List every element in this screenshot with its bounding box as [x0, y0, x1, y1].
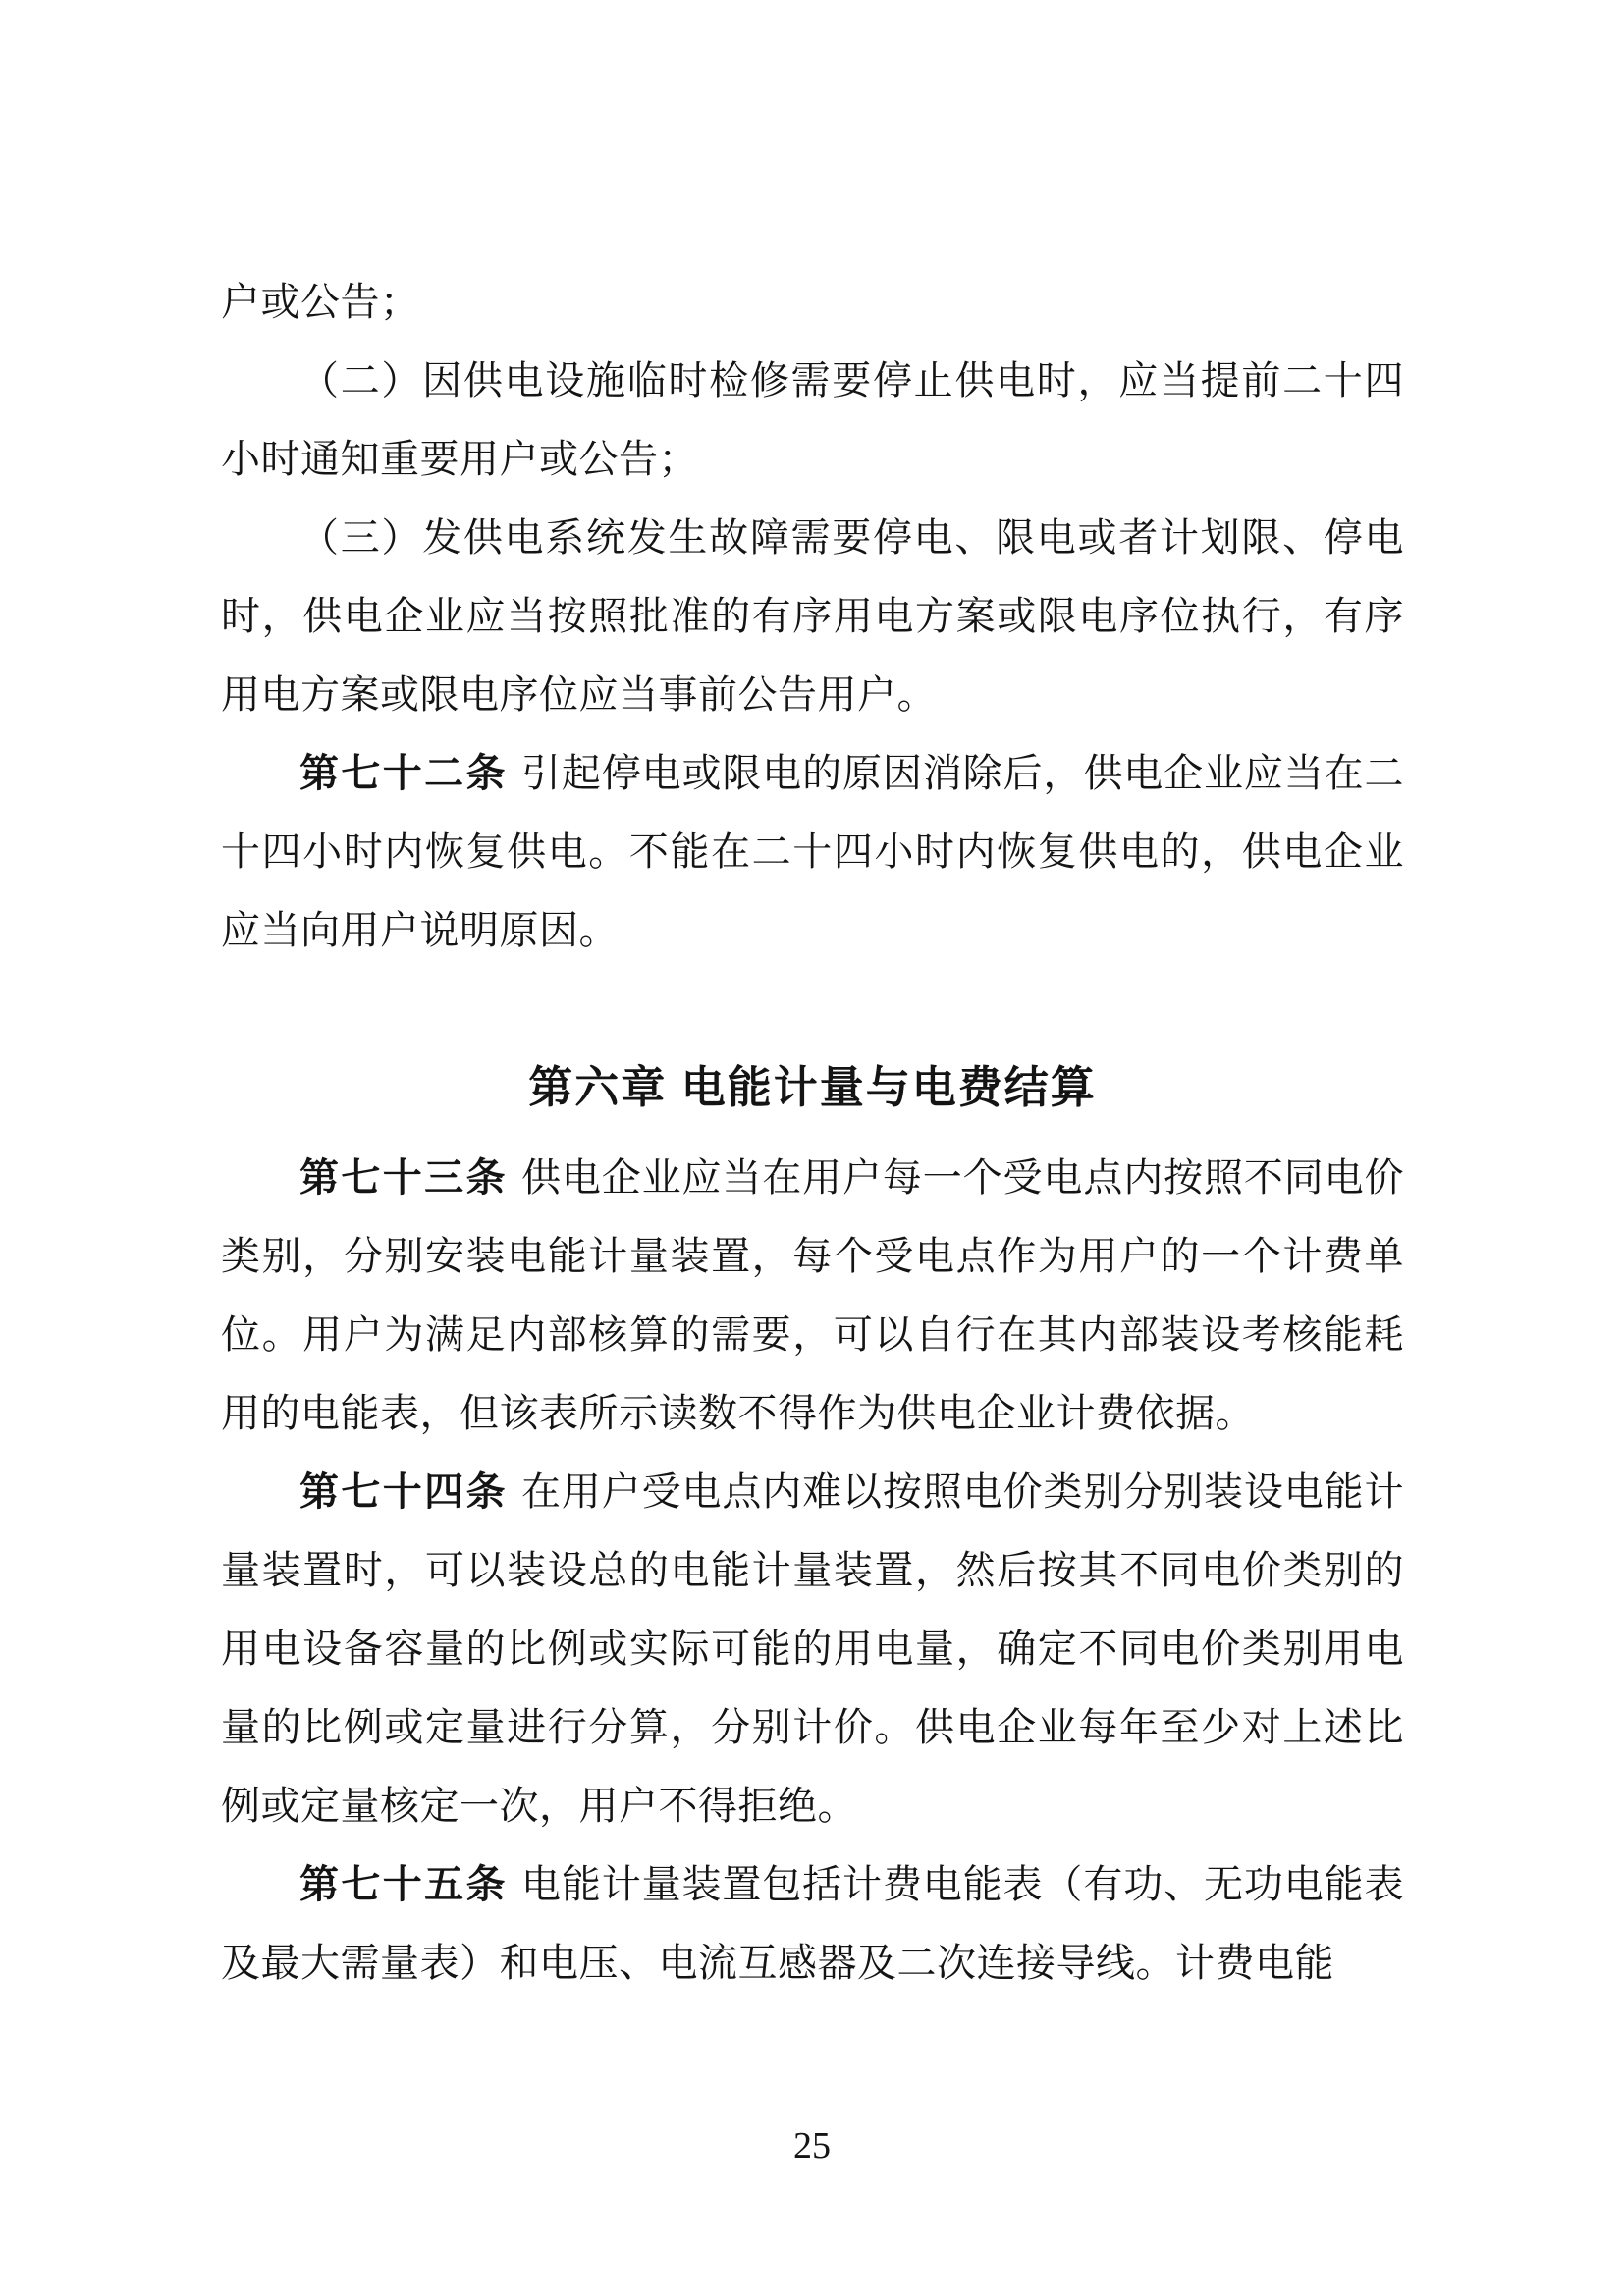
paragraph: 户或公告； [221, 263, 1404, 342]
paragraph: （三）发供电系统发生故障需要停电、限电或者计划限、停电时，供电企业应当按照批准的… [221, 499, 1404, 734]
paragraph: 第七十四条在用户受电点内难以按照电价类别分别装设电能计量装置时，可以装设总的电能… [221, 1453, 1404, 1845]
article-number: 第七十四条 [299, 1470, 508, 1514]
article-number: 第七十五条 [299, 1863, 508, 1906]
page-number: 25 [0, 2122, 1624, 2169]
document-page: 户或公告；（二）因供电设施临时检修需要停止供电时，应当提前二十四小时通知重要用户… [0, 0, 1624, 2296]
paragraph-text: （三）发供电系统发生故障需要停电、限电或者计划限、停电时，供电企业应当按照批准的… [221, 515, 1404, 717]
paragraph: 第七十五条电能计量装置包括计费电能表（有功、无功电能表及最大需量表）和电压、电流… [221, 1845, 1404, 2002]
paragraph-text: 在用户受电点内难以按照电价类别分别装设电能计量装置时，可以装设总的电能计量装置，… [221, 1469, 1404, 1828]
chapter-heading: 第六章 电能计量与电费结算 [221, 1048, 1404, 1127]
article-number: 第七十二条 [299, 752, 508, 795]
paragraph-text: （二）因供电设施临时检修需要停止供电时，应当提前二十四小时通知重要用户或公告； [221, 358, 1404, 481]
paragraph: 第七十二条引起停电或限电的原因消除后，供电企业应当在二十四小时内恢复供电。不能在… [221, 734, 1404, 970]
paragraph-text: 户或公告； [221, 280, 420, 324]
article-number: 第七十三条 [299, 1156, 508, 1200]
document-content: 户或公告；（二）因供电设施临时检修需要停止供电时，应当提前二十四小时通知重要用户… [221, 263, 1404, 2002]
paragraph: （二）因供电设施临时检修需要停止供电时，应当提前二十四小时通知重要用户或公告； [221, 342, 1404, 499]
paragraph: 第七十三条供电企业应当在用户每一个受电点内按照不同电价类别，分别安装电能计量装置… [221, 1139, 1404, 1453]
